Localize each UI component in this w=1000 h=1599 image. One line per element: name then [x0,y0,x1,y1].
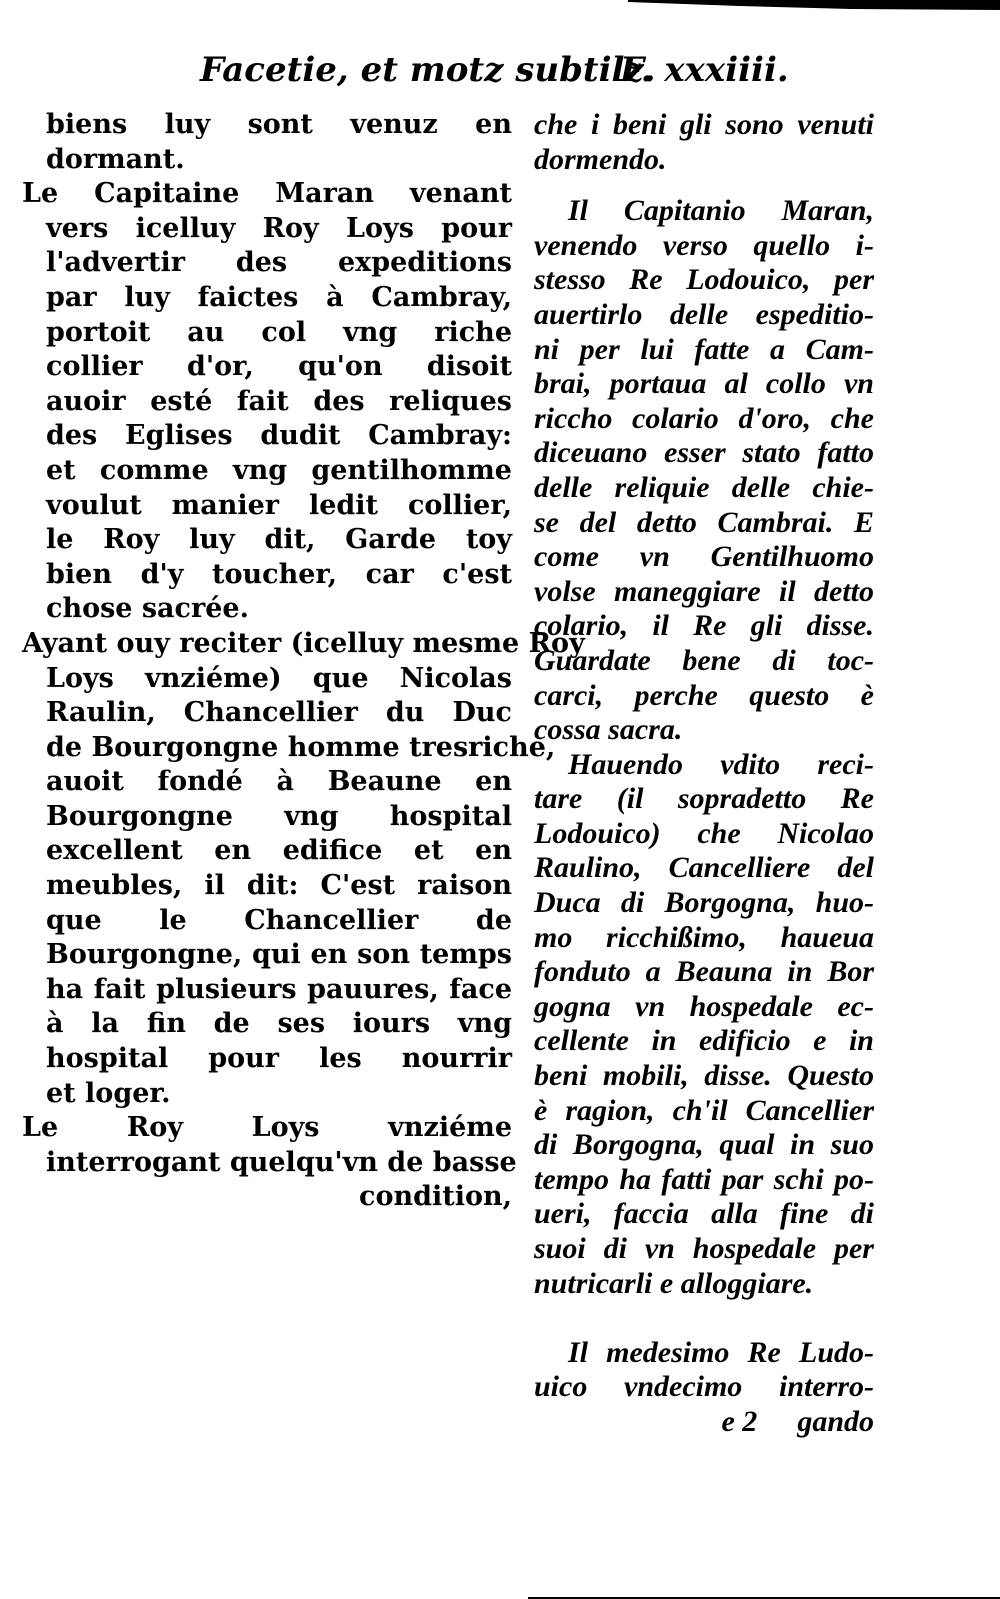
text-line: de Bourgongne homme tresriche, [22,731,512,766]
italian-column: che i beni gli sono venuti dormendo. Il … [534,108,874,1440]
paragraph-start-line: Il medesimo Re Ludo- [534,1336,874,1371]
text-line: par luy faictes à Cambray, [22,281,512,316]
scan-edge-top [628,0,1000,10]
text-line: è ragion, ch'il Cancellier [534,1094,874,1129]
running-header: Facetie, et motz subtilz. F. xxxiiii. [200,40,900,100]
catchword-line: condition, [22,1180,512,1215]
text-line: collier d'or, qu'on disoit [22,350,512,385]
folio-number: F. xxxiiii. [620,40,789,100]
text-line: dormant. [22,143,512,178]
text-line: le Roy luy dit, Garde toy [22,523,512,558]
text-line: Raulino, Cancelliere del [534,851,874,886]
text-line: nutricarli e alloggiare. [534,1267,874,1302]
text-line: mo ricchißimo, haueua [534,921,874,956]
text-line: che i beni gli sono venuti [534,108,874,143]
text-line: bien d'y toucher, car c'est [22,558,512,593]
text-line: ni per lui fatte a Cam- [534,333,874,368]
text-line: fonduto a Beauna in Bor [534,955,874,990]
text-line: vers icelluy Roy Loys pour [22,212,512,247]
text-line: des Eglises dudit Cambray: [22,419,512,454]
text-line: et loger. [22,1077,512,1112]
text-line: uico vndecimo interro- [534,1370,874,1405]
text-line: di Borgogna, qual in suo [534,1128,874,1163]
text-line: interrogant quelqu'vn de basse [22,1146,512,1181]
text-line: et comme vng gentilhomme [22,454,512,489]
text-line: à la fin de ses iours vng [22,1007,512,1042]
running-title: Facetie, et motz subtilz. [200,40,656,100]
text-line: voulut manier ledit collier, [22,489,512,524]
text-line: cellente in edificio e in [534,1024,874,1059]
text-line: tempo ha fatti par schi po- [534,1163,874,1198]
text-line: brai, portaua al collo vn [534,367,874,402]
text-line: Duca di Borgogna, huo- [534,886,874,921]
text-line: ha fait plusieurs pauures, face [22,973,512,1008]
text-line: ueri, faccia alla fine di [534,1197,874,1232]
text-line: riccho colario d'oro, che [534,402,874,437]
text-line: stesso Re Lodouico, per [534,263,874,298]
text-line: auoir esté fait des reliques [22,385,512,420]
text-line: volse maneggiare il detto [534,575,874,610]
paragraph-start-line: Il Capitanio Maran, [534,194,874,229]
paragraph-gap [534,177,874,194]
text-line: colario, il Re gli disse. [534,609,874,644]
text-line: Lodouico) che Nicolao [534,817,874,852]
text-line: se del detto Cambrai. E [534,506,874,541]
text-line: venendo verso quello i- [534,229,874,264]
text-line: l'advertir des expeditions [22,246,512,281]
text-line: diceuano esser stato fatto [534,436,874,471]
paragraph-start-line: Hauendo vdito reci- [534,748,874,783]
text-line: Guardate bene di toc- [534,644,874,679]
text-line: delle reliquie delle chie- [534,471,874,506]
text-line: tare (il sopradetto Re [534,782,874,817]
catchword: gando [797,1405,874,1438]
text-line: portoit au col vng riche [22,316,512,351]
text-line: carci, perche questo è [534,679,874,714]
paragraph-start-line: Le Roy Loys vnziéme [22,1111,512,1146]
text-line: gogna vn hospedale ec- [534,990,874,1025]
text-line: suoi di vn hospedale per [534,1232,874,1267]
text-line: cossa sacra. [534,713,874,748]
text-line: Bourgongne, qui en son temps [22,938,512,973]
text-line: meubles, il dit: C'est raison [22,869,512,904]
text-line: Loys vnziéme) que Nicolas [22,662,512,697]
text-line: auertirlo delle espeditio- [534,298,874,333]
catchword-line: e 2gando [534,1405,874,1440]
text-line: dormendo. [534,143,874,178]
text-line: auoit fondé à Beaune en [22,765,512,800]
text-line: excellent en edifice et en [22,834,512,869]
signature-mark: e 2 [721,1405,757,1440]
text-line: beni mobili, disse. Questo [534,1059,874,1094]
french-column: biens luy sont venuz en dormant. Le Capi… [22,108,512,1215]
paragraph-start-line: Ayant ouy reciter (icelluy mesme Roy [22,627,512,662]
text-line: come vn Gentilhuomo [534,540,874,575]
text-line: Raulin, Chancellier du Duc [22,696,512,731]
text-line: chose sacrée. [22,592,512,627]
paragraph-start-line: Le Capitaine Maran venant [22,177,512,212]
text-line: Bourgongne vng hospital [22,800,512,835]
paragraph-gap [534,1301,874,1336]
text-line: hospital pour les nourrir [22,1042,512,1077]
text-line: que le Chancellier de [22,904,512,939]
text-line: biens luy sont venuz en [22,108,512,143]
